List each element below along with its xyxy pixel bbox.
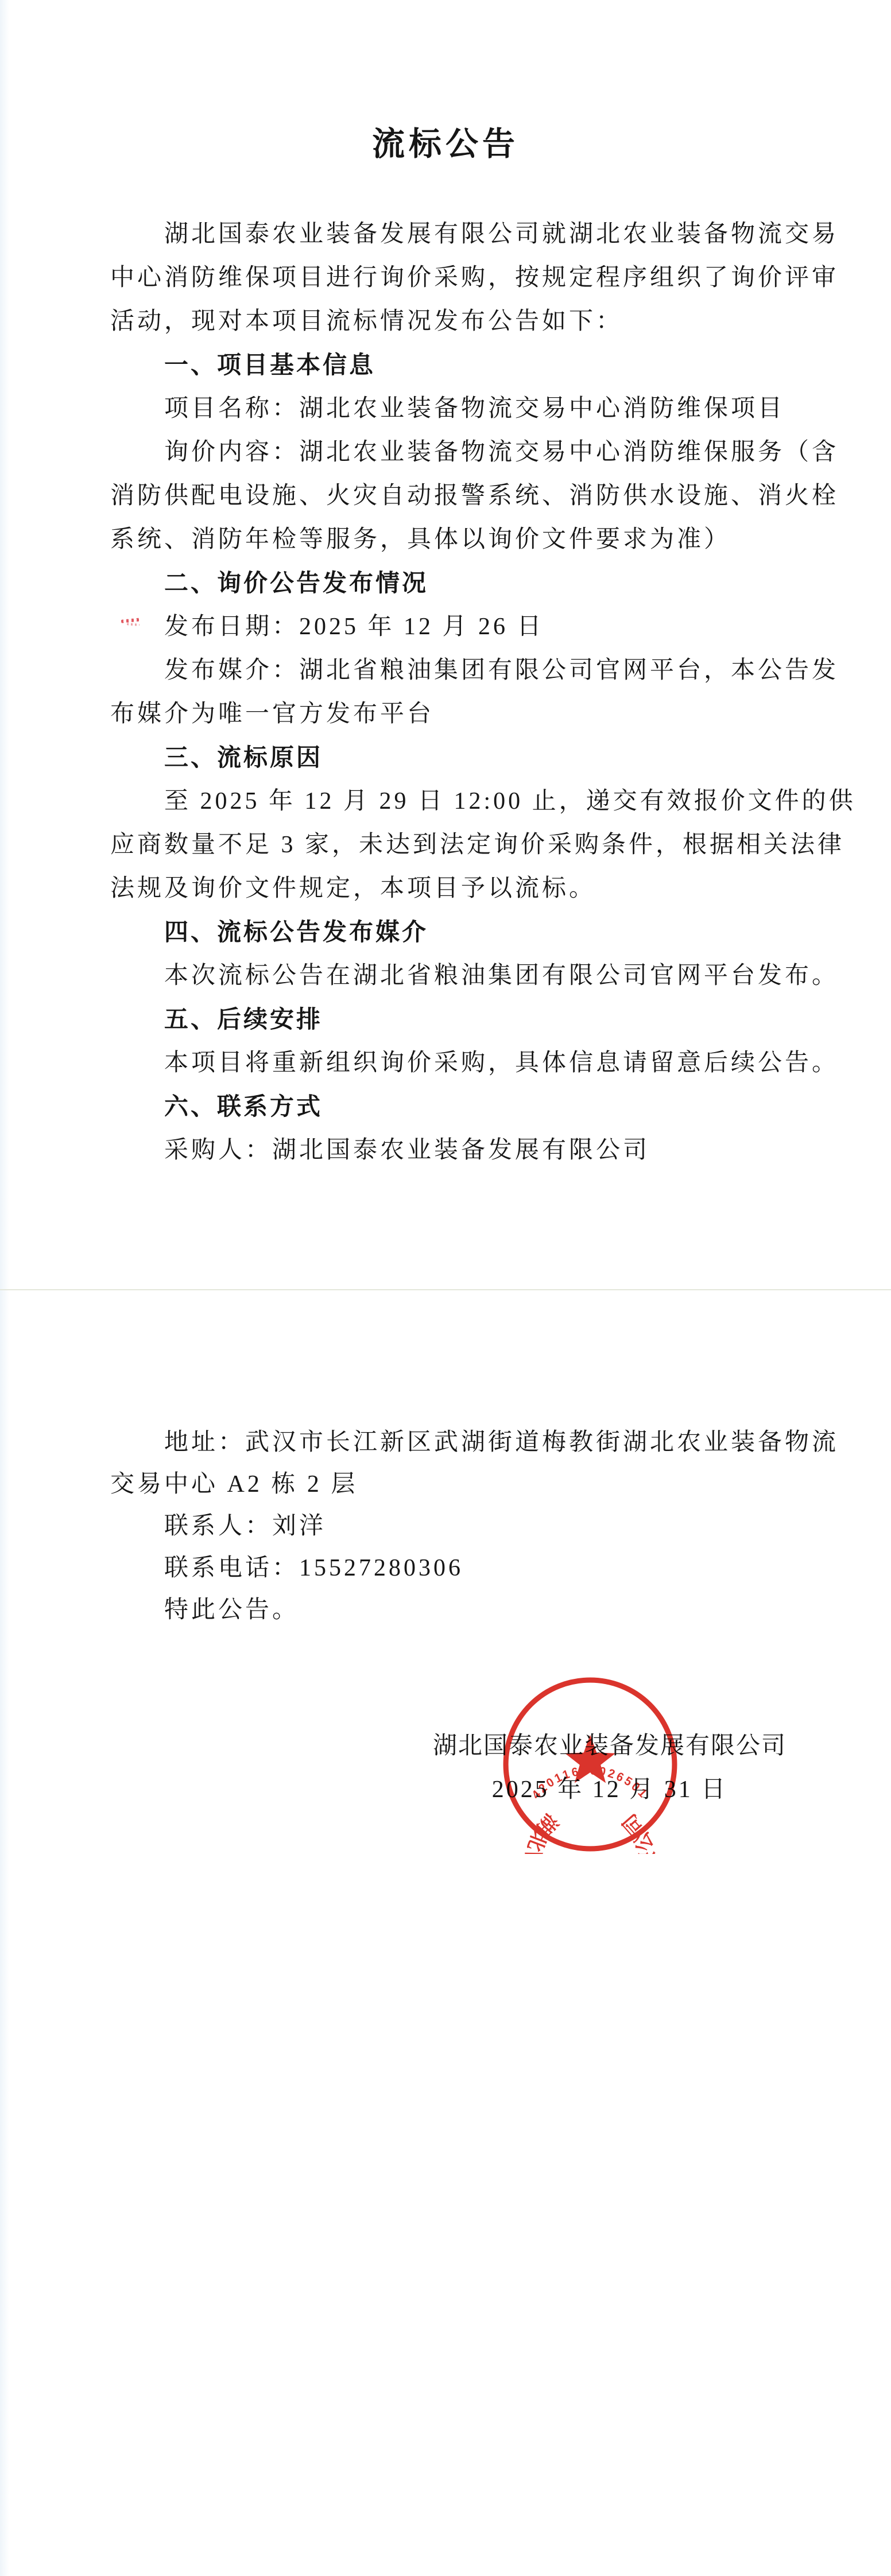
doc-line: 湖北国泰农业装备发展有限公司就湖北农业装备物流交易 [110,212,835,256]
section-heading: 五、后续安排 [110,998,835,1041]
page2-body: 地址：武汉市长江新区武湖街道梅教街湖北农业装备物流 交易中心 A2 栋 2 层 … [110,1422,835,1631]
page-title: 流标公告 [0,126,891,164]
section-heading: 三、流标原因 [110,736,835,779]
doc-line: 活动，现对本项目流标情况发布公告如下： [110,300,835,343]
page1-body: 湖北国泰农业装备发展有限公司就湖北农业装备物流交易 中心消防维保项目进行询价采购… [110,212,835,1172]
page-boundary-line [0,1289,891,1290]
section-heading: 四、流标公告发布媒介 [110,910,835,954]
doc-line: 系统、消防年检等服务，具体以询价文件要求为准） [110,518,835,561]
doc-line: 发布媒介：湖北省粮油集团有限公司官网平台，本公告发 [110,649,835,692]
doc-line: 至 2025 年 12 月 29 日 12:00 止，递交有效报价文件的供 [110,779,835,823]
doc-line: 联系电话：15527280306 [110,1547,835,1589]
doc-line: 询价内容：湖北农业装备物流交易中心消防维保服务（含 [110,430,835,474]
doc-line: 发布日期：2025 年 12 月 26 日 [110,605,835,649]
doc-line: 地址：武汉市长江新区武湖街道梅教街湖北农业装备物流 [110,1422,835,1464]
doc-line: 项目名称：湖北农业装备物流交易中心消防维保项目 [110,387,835,430]
company-seal-stamp: 湖北国泰农业装备发展有限公司 42011610026501 [501,1675,680,1854]
doc-line: 特此公告。 [110,1589,835,1631]
section-heading: 二、询价公告发布情况 [110,561,835,605]
doc-line: 布媒介为唯一官方发布平台 [110,692,835,736]
doc-line: 法规及询价文件规定，本项目予以流标。 [110,867,835,910]
doc-line: 消防供配电设施、火灾自动报警系统、消防供水设施、消火栓 [110,474,835,518]
doc-line: 采购人：湖北国泰农业装备发展有限公司 [110,1128,835,1172]
doc-line: 中心消防维保项目进行询价采购，按规定程序组织了询价评审 [110,256,835,300]
scanned-document: 流标公告 湖北国泰农业装备发展有限公司就湖北农业装备物流交易 中心消防维保项目进… [0,0,891,2576]
section-heading: 一、项目基本信息 [110,343,835,387]
doc-line: 本次流标公告在湖北省粮油集团有限公司官网平台发布。 [110,954,835,998]
doc-line: 交易中心 A2 栋 2 层 [110,1464,835,1506]
doc-line: 本项目将重新组织询价采购，具体信息请留意后续公告。 [110,1041,835,1085]
seal-serial-number: 42011610026501 [529,1764,651,1802]
seal-serial-label: 42011610026501 [529,1764,651,1802]
doc-line: 应商数量不足 3 家，未达到法定询价采购条件，根据相关法律 [110,823,835,867]
scan-edge-artifact [0,0,9,2576]
section-heading: 六、联系方式 [110,1085,835,1128]
doc-line: 联系人：刘洋 [110,1506,835,1547]
